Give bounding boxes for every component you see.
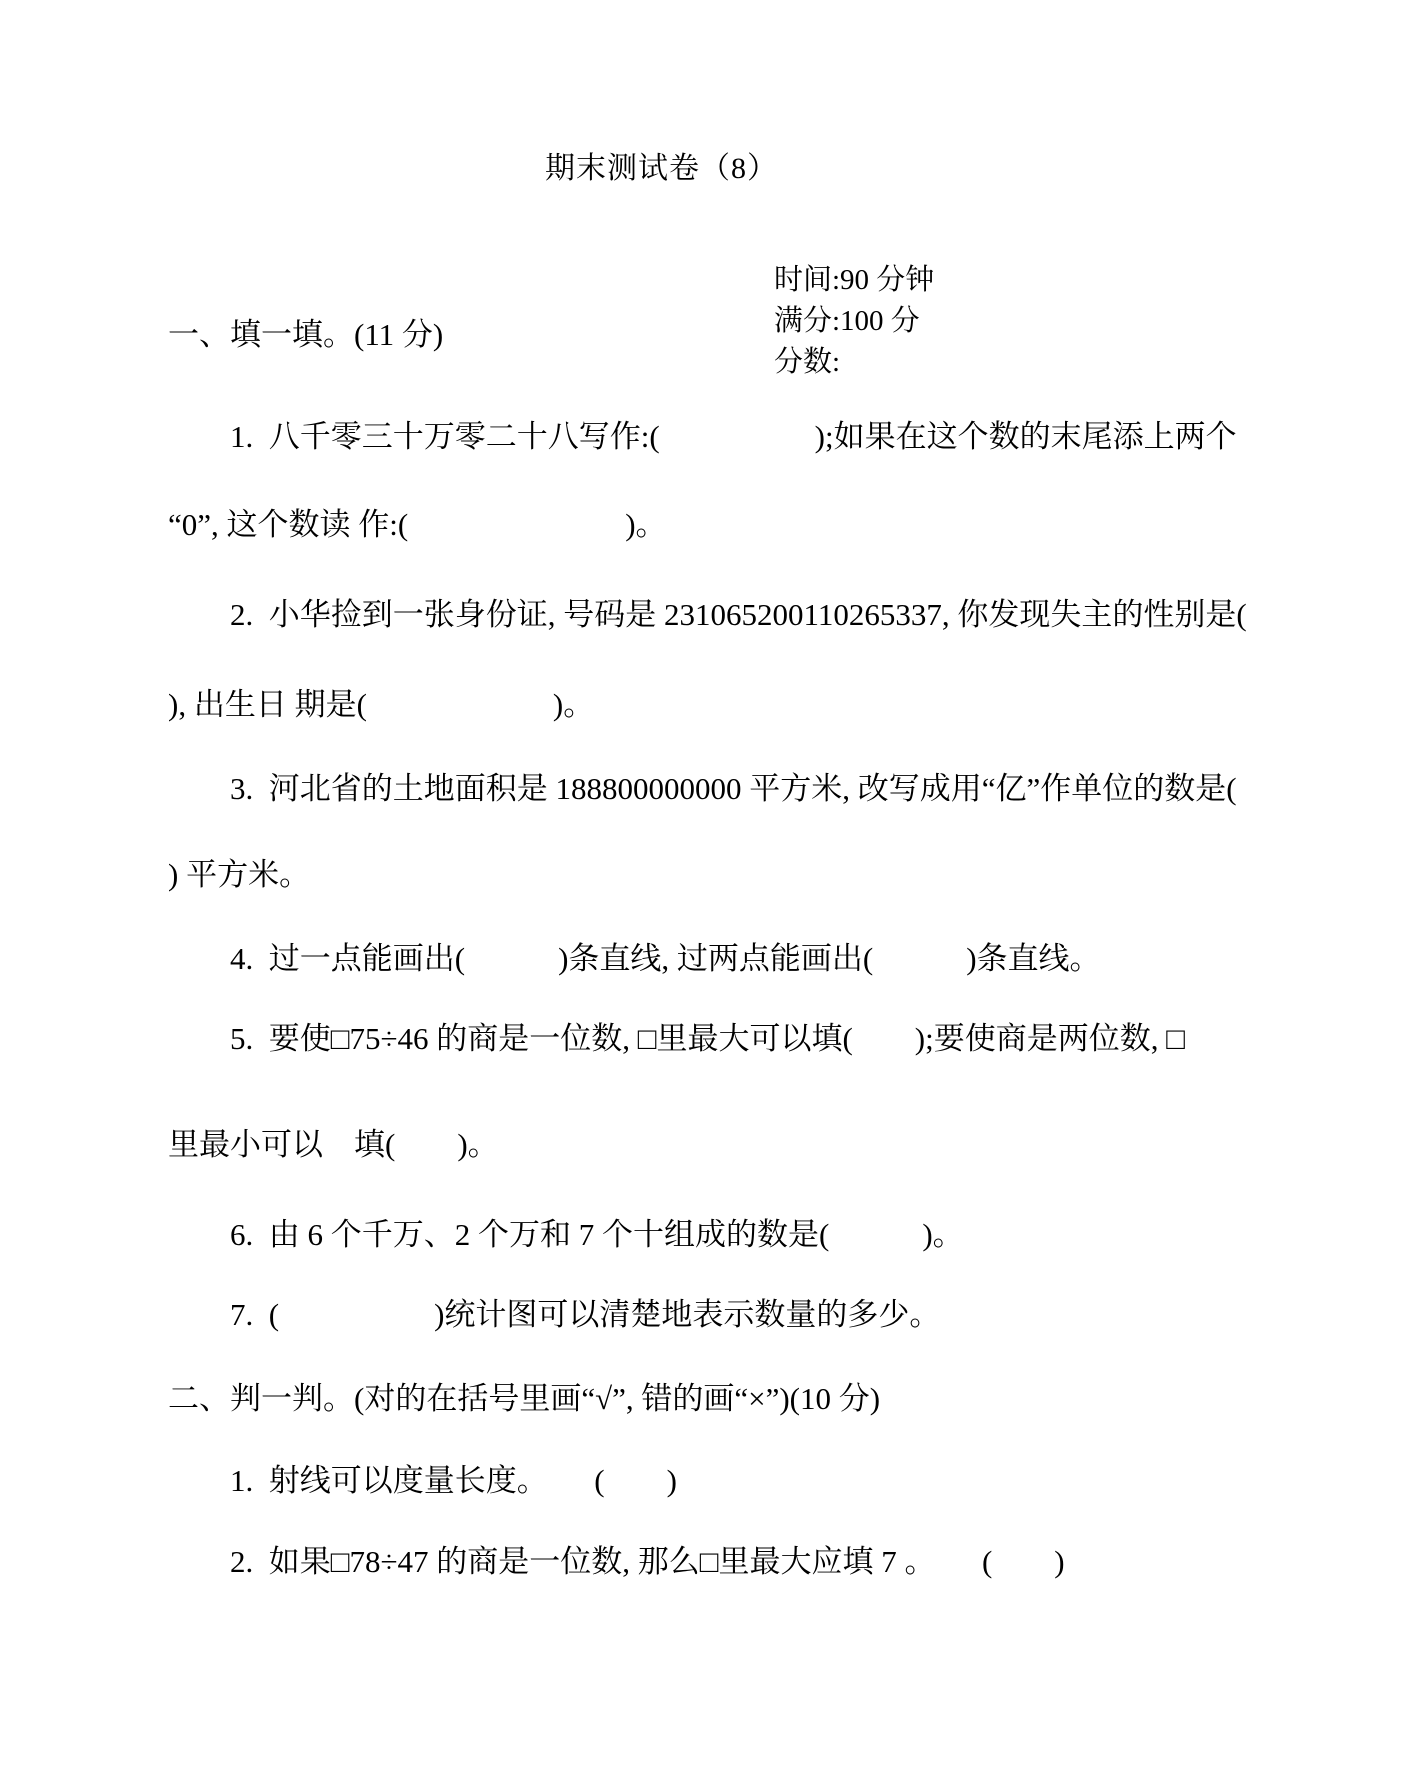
q5-line-2: 里最小可以 填( )。 (168, 1126, 499, 1163)
q6-line-1: 6. 由 6 个千万、2 个万和 7 个十组成的数是( )。 (230, 1216, 964, 1253)
q2-line-1: 2. 小华捡到一张身份证, 号码是 231065200110265337, 你发… (230, 596, 1247, 633)
q7-line-1: 7. ( )统计图可以清楚地表示数量的多少。 (230, 1296, 940, 1333)
judge-q2-line-1: 2. 如果□78÷47 的商是一位数, 那么□里最大应填 7 。 ( ) (230, 1543, 1065, 1580)
meta-full-score: 满分:100 分 (774, 305, 920, 337)
meta-time: 时间:90 分钟 (774, 264, 934, 296)
section-one-heading: 一、填一填。(11 分) (168, 316, 443, 353)
meta-score-label: 分数: (774, 346, 840, 378)
q4-line-1: 4. 过一点能画出( )条直线, 过两点能画出( )条直线。 (230, 940, 1101, 977)
judge-q1-line-1: 1. 射线可以度量长度。 ( ) (230, 1462, 677, 1499)
q3-line-1: 3. 河北省的土地面积是 188800000000 平方米, 改写成用“亿”作单… (230, 770, 1237, 807)
q2-line-2: ), 出生日 期是( )。 (168, 686, 594, 723)
exam-paper-page: 期末测试卷（8） 时间:90 分钟 满分:100 分 分数: 一、填一填。(11… (0, 0, 1409, 1777)
q5-line-1: 5. 要使□75÷46 的商是一位数, □里最大可以填( );要使商是两位数, … (230, 1020, 1185, 1057)
section-two-heading: 二、判一判。(对的在括号里画“√”, 错的画“×”)(10 分) (168, 1380, 880, 1417)
exam-meta-line: 时间:90 分钟 满分:100 分 分数: (745, 224, 978, 413)
q3-line-2: ) 平方米。 (168, 856, 310, 893)
q1-line-2: “0”, 这个数读 作:( )。 (168, 506, 667, 543)
q1-line-1: 1. 八千零三十万零二十八写作:( );如果在这个数的末尾添上两个 (230, 418, 1237, 455)
page-title: 期末测试卷（8） (545, 143, 778, 187)
